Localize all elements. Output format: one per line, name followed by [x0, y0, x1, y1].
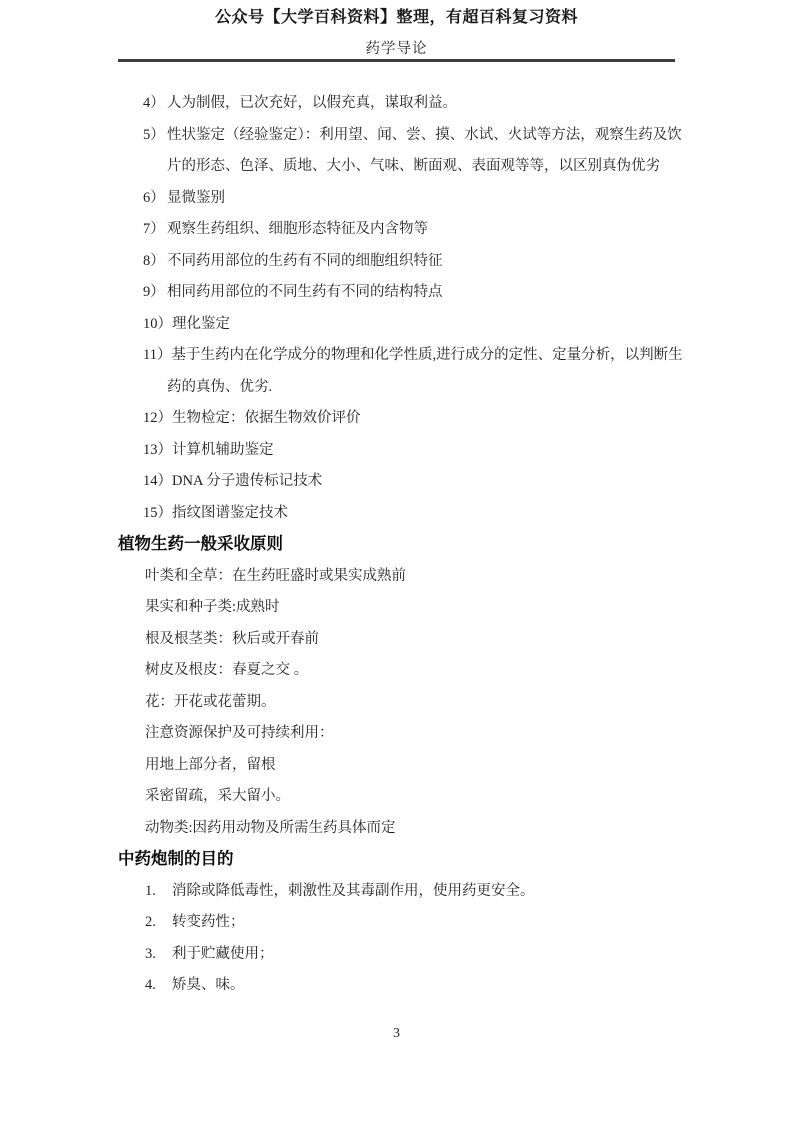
- list-item-text: 基于生药内在化学成分的物理和化学性质,进行成分的定性、定量分析，以判断生: [171, 347, 682, 363]
- list-item: 11）基于生药内在化学成分的物理和化学性质,进行成分的定性、定量分析，以判断生: [118, 340, 675, 372]
- site-header-note: 公众号【大学百科资料】整理，有超百科复习资料: [0, 0, 793, 29]
- harvest-line: 花：开花或花蕾期。: [118, 687, 675, 719]
- harvest-line: 果实和种子类:成熟时: [118, 592, 675, 624]
- list-item-number: 5）: [143, 120, 167, 152]
- list-item: 6）显微鉴别: [118, 183, 675, 215]
- list-item: 10）理化鉴定: [118, 309, 675, 341]
- paozhi-item-text: 利于贮藏使用；: [172, 946, 274, 962]
- paozhi-item-number: 3.: [145, 939, 172, 971]
- list-item: 14）DNA 分子遗传标记技术: [118, 466, 675, 498]
- list-item: 15）指纹图谱鉴定技术: [118, 498, 675, 530]
- list-item-number: 8）: [143, 246, 167, 278]
- list-item-number: 11）: [143, 340, 171, 372]
- harvest-line: 叶类和全草：在生药旺盛时或果实成熟前: [118, 561, 675, 593]
- page-content: 4）人为制假，已次充好，以假充真，谋取利益。 5）性状鉴定（经验鉴定）：利用望、…: [118, 88, 675, 1002]
- list-item: 8）不同药用部位的生药有不同的细胞组织特征: [118, 246, 675, 278]
- harvest-line: 采密留疏，采大留小。: [118, 781, 675, 813]
- list-item-text: 性状鉴定（经验鉴定）：利用望、闻、尝、摸、水试、火试等方法，观察生药及饮: [167, 127, 682, 143]
- doc-title: 药学导论: [366, 41, 428, 57]
- paozhi-item: 4.矫臭、味。: [118, 970, 675, 1002]
- list-item-text: 计算机辅助鉴定: [172, 442, 274, 458]
- list-item-number: 12）: [143, 403, 172, 435]
- section-heading-paozhi: 中药炮制的目的: [118, 844, 675, 876]
- paozhi-item-text: 矫臭、味。: [172, 977, 245, 993]
- paozhi-item: 2.转变药性；: [118, 907, 675, 939]
- list-item-text: 观察生药组织、细胞形态特征及内含物等: [167, 221, 428, 237]
- page-number: 3: [0, 1026, 793, 1042]
- harvest-line: 注意资源保护及可持续利用：: [118, 718, 675, 750]
- list-item-text: 生物检定：依据生物效价评价: [172, 410, 361, 426]
- list-item-number: 7）: [143, 214, 167, 246]
- harvest-line: 用地上部分者，留根: [118, 750, 675, 782]
- document-page: 公众号【大学百科资料】整理，有超百科复习资料 药学导论 4）人为制假，已次充好，…: [0, 0, 793, 1122]
- list-item-text: 人为制假，已次充好，以假充真，谋取利益。: [167, 95, 457, 111]
- list-item-number: 9）: [143, 277, 167, 309]
- list-item-text: 不同药用部位的生药有不同的细胞组织特征: [167, 253, 443, 269]
- list-item: 4）人为制假，已次充好，以假充真，谋取利益。: [118, 88, 675, 120]
- list-item-text: 理化鉴定: [172, 316, 230, 332]
- list-item-number: 10）: [143, 309, 172, 341]
- list-item: 9）相同药用部位的不同生药有不同的结构特点: [118, 277, 675, 309]
- paozhi-item-text: 消除或降低毒性，刺激性及其毒副作用，使用药更安全。: [172, 883, 535, 899]
- paozhi-item: 1.消除或降低毒性，刺激性及其毒副作用，使用药更安全。: [118, 876, 675, 908]
- list-item-text: 显微鉴别: [167, 190, 225, 206]
- list-item-number: 13）: [143, 435, 172, 467]
- list-item: 7）观察生药组织、细胞形态特征及内含物等: [118, 214, 675, 246]
- harvest-line: 动物类:因药用动物及所需生药具体而定: [118, 813, 675, 845]
- list-item: 12）生物检定：依据生物效价评价: [118, 403, 675, 435]
- paozhi-item-text: 转变药性；: [172, 914, 245, 930]
- paozhi-item-number: 2.: [145, 907, 172, 939]
- paozhi-item: 3.利于贮藏使用；: [118, 939, 675, 971]
- harvest-line: 根及根茎类：秋后或开春前: [118, 624, 675, 656]
- harvest-line: 树皮及根皮：春夏之交 。: [118, 655, 675, 687]
- paozhi-item-number: 1.: [145, 876, 172, 908]
- list-item-continuation: 药的真伪、优劣.: [118, 372, 675, 404]
- list-item: 13）计算机辅助鉴定: [118, 435, 675, 467]
- paozhi-item-number: 4.: [145, 970, 172, 1002]
- list-item-number: 15）: [143, 498, 172, 530]
- list-item: 5）性状鉴定（经验鉴定）：利用望、闻、尝、摸、水试、火试等方法，观察生药及饮: [118, 120, 675, 152]
- list-item-text: 指纹图谱鉴定技术: [172, 505, 288, 521]
- list-item-text: 相同药用部位的不同生药有不同的结构特点: [167, 284, 443, 300]
- list-item-number: 14）: [143, 466, 172, 498]
- list-item-number: 4）: [143, 88, 167, 120]
- section-heading-harvest: 植物生药一般采收原则: [118, 529, 675, 561]
- list-item-continuation: 片的形态、色泽、质地、大小、气味、断面观、表面观等等，以区别真伪优劣: [118, 151, 675, 183]
- list-item-text: DNA 分子遗传标记技术: [172, 473, 322, 489]
- doc-title-block: 药学导论: [118, 40, 675, 62]
- list-item-number: 6）: [143, 183, 167, 215]
